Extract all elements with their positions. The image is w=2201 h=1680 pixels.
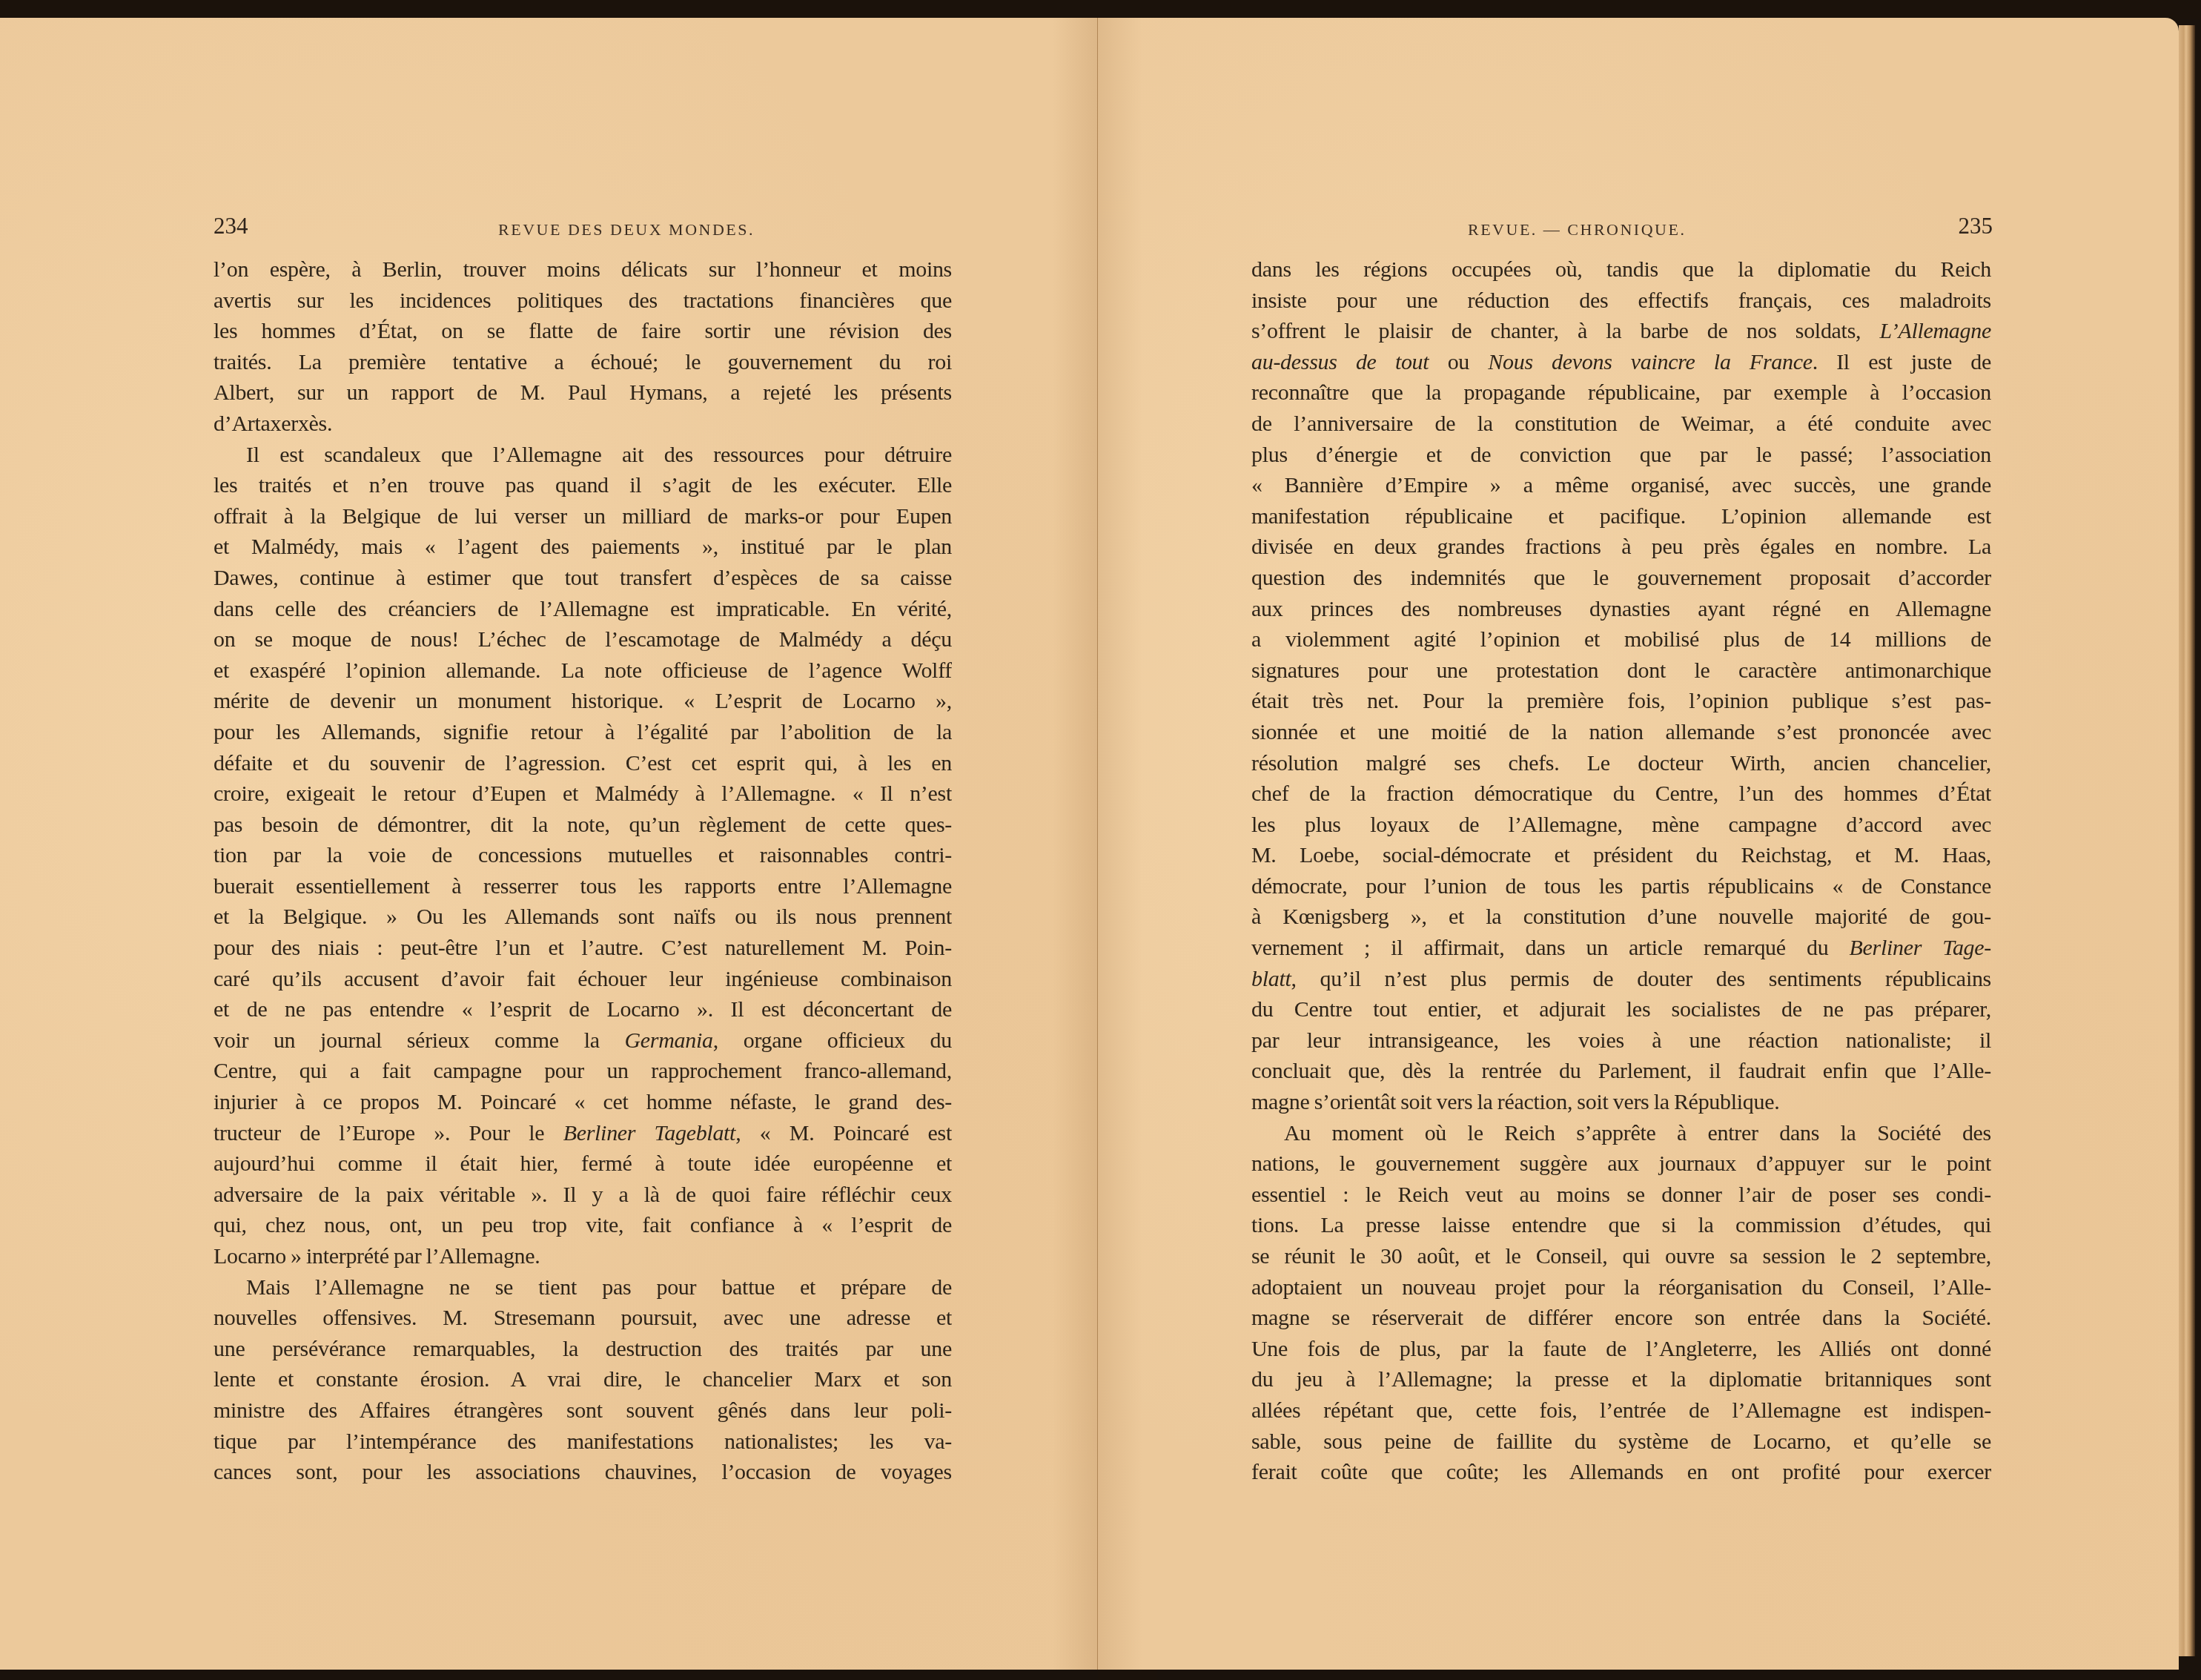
text-line: s’offrent le plaisir de chanter, à la ba… bbox=[1251, 316, 1991, 347]
text-line: par leur intransigeance, les voies à une… bbox=[1251, 1025, 1991, 1056]
text-line: et la Belgique. » Ou les Allemands sont … bbox=[214, 902, 952, 933]
text-line: magne se réserverait de différer encore … bbox=[1251, 1303, 1991, 1334]
text-line: adversaire de la paix véritable ». Il y … bbox=[214, 1180, 952, 1211]
text-line: sable, sous peine de faillite du système… bbox=[1251, 1426, 1991, 1458]
text-line: question des indemnités que le gouvernem… bbox=[1251, 563, 1991, 594]
text-run: , « M. Poincaré est bbox=[735, 1121, 952, 1145]
text-line: essentiel : le Reich veut au moins se do… bbox=[1251, 1180, 1991, 1211]
text-line: tructeur de l’Europe ». Pour le Berliner… bbox=[214, 1118, 952, 1149]
text-run: s’offrent le plaisir de chanter, à la ba… bbox=[1251, 319, 1879, 343]
left-running-title: REVUE DES DEUX MONDES. bbox=[498, 220, 755, 239]
text-run: vernement ; il affirmait, dans un articl… bbox=[1251, 936, 1850, 960]
text-line: une persévérance remarquables, la destru… bbox=[214, 1334, 952, 1365]
text-line: du Centre tout entier, et adjurait les s… bbox=[1251, 994, 1991, 1025]
text-line: injurier à ce propos M. Poincaré « cet h… bbox=[214, 1087, 952, 1118]
italic-title: Germania bbox=[624, 1028, 712, 1053]
italic-title: Nous devons vaincre la France bbox=[1488, 350, 1812, 374]
text-line: Dawes, continue à estimer que tout trans… bbox=[214, 563, 952, 594]
text-line: dans les régions occupées où, tandis que… bbox=[1251, 254, 1991, 285]
text-run: voir un journal sérieux comme la bbox=[214, 1028, 624, 1053]
right-page-number: 235 bbox=[1959, 213, 1993, 239]
text-run: . Il est juste de bbox=[1813, 350, 1991, 374]
text-line: les traités et n’en trouve pas quand il … bbox=[214, 470, 952, 501]
text-run: , qu’il n’est plus permis de douter des … bbox=[1291, 967, 1991, 991]
text-line: croire, exigeait le retour d’Eupen et Ma… bbox=[214, 778, 952, 810]
text-run: , organe officieux du bbox=[713, 1028, 952, 1053]
text-line: l’on espère, à Berlin, trouver moins dél… bbox=[214, 254, 952, 285]
text-line: tique par l’intempérance des manifestati… bbox=[214, 1426, 952, 1458]
text-line: « Bannière d’Empire » a même organisé, a… bbox=[1251, 470, 1991, 501]
text-line: reconnaître que la propagande républicai… bbox=[1251, 377, 1991, 409]
text-line: adoptaient un nouveau projet pour la réo… bbox=[1251, 1272, 1991, 1303]
text-line: lente et constante érosion. A vrai dire,… bbox=[214, 1364, 952, 1395]
text-line: était très net. Pour la première fois, l… bbox=[1251, 686, 1991, 717]
text-line: signatures pour une protestation dont le… bbox=[1251, 655, 1991, 687]
italic-title: Berliner Tageblatt bbox=[563, 1121, 735, 1145]
text-line: ferait coûte que coûte; les Allemands en… bbox=[1251, 1457, 1991, 1488]
left-page-number: 234 bbox=[214, 213, 248, 239]
text-line: caré qu’ils accusent d’avoir fait échoue… bbox=[214, 964, 952, 995]
text-line: voir un journal sérieux comme la Germani… bbox=[214, 1025, 952, 1056]
text-line: pas besoin de démontrer, dit la note, qu… bbox=[214, 810, 952, 841]
text-run: ou bbox=[1429, 350, 1488, 374]
italic-title: Berliner Tage- bbox=[1850, 936, 1991, 960]
left-text-column: l’on espère, à Berlin, trouver moins dél… bbox=[214, 254, 952, 1488]
right-running-title: REVUE. — CHRONIQUE. bbox=[1468, 220, 1686, 239]
text-line: insiste pour une réduction des effectifs… bbox=[1251, 285, 1991, 317]
right-running-head: REVUE. — CHRONIQUE. 235 bbox=[1468, 210, 1993, 239]
italic-title: au-dessus de tout bbox=[1251, 350, 1429, 374]
text-line: allées répétant que, cette fois, l’entré… bbox=[1251, 1395, 1991, 1426]
text-line: plus d’énergie et de conviction que par … bbox=[1251, 440, 1991, 471]
page-edges bbox=[2179, 25, 2195, 1656]
text-line: magne s’orientât soit vers la réaction, … bbox=[1251, 1087, 1991, 1118]
text-line: blatt, qu’il n’est plus permis de douter… bbox=[1251, 964, 1991, 995]
text-line: du jeu à l’Allemagne; la presse et la di… bbox=[1251, 1364, 1991, 1395]
text-line: de l’anniversaire de la constitution de … bbox=[1251, 409, 1991, 440]
text-line: a violemment agité l’opinion et mobilisé… bbox=[1251, 624, 1991, 655]
text-line: buerait essentiellement à resserrer tous… bbox=[214, 871, 952, 902]
text-line: Albert, sur un rapport de M. Paul Hymans… bbox=[214, 377, 952, 409]
text-line: tions. La presse laisse entendre que si … bbox=[1251, 1210, 1991, 1241]
right-text-column: dans les régions occupées où, tandis que… bbox=[1251, 254, 1991, 1488]
scan-background-bottom bbox=[1098, 1670, 1157, 1680]
left-running-head: 234 REVUE DES DEUX MONDES. bbox=[214, 210, 755, 239]
scan-background-top bbox=[0, 0, 2201, 19]
text-line: et de ne pas entendre « l’esprit de Loca… bbox=[214, 994, 952, 1025]
text-line: Mais l’Allemagne ne se tient pas pour ba… bbox=[214, 1272, 952, 1303]
text-line: M. Loebe, social-démocrate et président … bbox=[1251, 840, 1991, 871]
text-line: défaite et du souvenir de l’agression. C… bbox=[214, 748, 952, 779]
text-line: concluait que, dès la rentrée du Parleme… bbox=[1251, 1056, 1991, 1087]
text-line: et exaspéré l’opinion allemande. La note… bbox=[214, 655, 952, 687]
text-line: Locarno » interprété par l’Allemagne. bbox=[214, 1241, 952, 1272]
text-line: traités. La première tentative a échoué;… bbox=[214, 347, 952, 378]
italic-title: blatt bbox=[1251, 967, 1291, 991]
text-line: nouvelles offensives. M. Stresemann pour… bbox=[214, 1303, 952, 1334]
text-line: démocrate, pour l’union de tous les part… bbox=[1251, 871, 1991, 902]
text-line: vernement ; il affirmait, dans un articl… bbox=[1251, 933, 1991, 964]
text-line: résolution malgré ses chefs. Le docteur … bbox=[1251, 748, 1991, 779]
text-line: les plus loyaux de l’Allemagne, mène cam… bbox=[1251, 810, 1991, 841]
text-line: chef de la fraction démocratique du Cent… bbox=[1251, 778, 1991, 810]
text-line: ministre des Affaires étrangères sont so… bbox=[214, 1395, 952, 1426]
italic-title: L’Allemagne bbox=[1879, 319, 1991, 343]
text-line: nations, le gouvernement suggère aux jou… bbox=[1251, 1148, 1991, 1180]
text-line: on se moque de nous! L’échec de l’escamo… bbox=[214, 624, 952, 655]
text-line: tion par la voie de concessions mutuelle… bbox=[214, 840, 952, 871]
text-line: avertis sur les incidences politiques de… bbox=[214, 285, 952, 317]
text-line: cances sont, pour les associations chauv… bbox=[214, 1457, 952, 1488]
text-line: d’Artaxerxès. bbox=[214, 409, 952, 440]
text-line: pour des niais : peut-être l’un et l’aut… bbox=[214, 933, 952, 964]
text-line: et Malmédy, mais « l’agent des paiements… bbox=[214, 532, 952, 563]
text-line: au-dessus de tout ou Nous devons vaincre… bbox=[1251, 347, 1991, 378]
text-line: manifestation républicaine et pacifique.… bbox=[1251, 501, 1991, 532]
text-line: offrait à la Belgique de lui verser un m… bbox=[214, 501, 952, 532]
text-line: pour les Allemands, signifie retour à l’… bbox=[214, 717, 952, 748]
text-line: Il est scandaleux que l’Allemagne ait de… bbox=[214, 440, 952, 471]
text-line: divisée en deux grandes fractions à peu … bbox=[1251, 532, 1991, 563]
book-spread: 234 REVUE DES DEUX MONDES. REVUE. — CHRO… bbox=[0, 0, 2201, 1680]
text-line: les hommes d’État, on se flatte de faire… bbox=[214, 316, 952, 347]
text-line: mérite de devenir un monument historique… bbox=[214, 686, 952, 717]
text-line: sionnée et une moitié de la nation allem… bbox=[1251, 717, 1991, 748]
text-line: aux princes des nombreuses dynasties aya… bbox=[1251, 594, 1991, 625]
text-line: se réunit le 30 août, et le Conseil, qui… bbox=[1251, 1241, 1991, 1272]
text-run: tructeur de l’Europe ». Pour le bbox=[214, 1121, 563, 1145]
text-line: Centre, qui a fait campagne pour un rapp… bbox=[214, 1056, 952, 1087]
text-line: dans celle des créanciers de l’Allemagne… bbox=[214, 594, 952, 625]
text-line: qui, chez nous, ont, un peu trop vite, f… bbox=[214, 1210, 952, 1241]
text-line: Une fois de plus, par la faute de l’Angl… bbox=[1251, 1334, 1991, 1365]
text-line: Au moment où le Reich s’apprête à entrer… bbox=[1251, 1118, 1991, 1149]
text-line: aujourd’hui comme il était hier, fermé à… bbox=[214, 1148, 952, 1180]
text-line: à Kœnigsberg », et la constitution d’une… bbox=[1251, 902, 1991, 933]
